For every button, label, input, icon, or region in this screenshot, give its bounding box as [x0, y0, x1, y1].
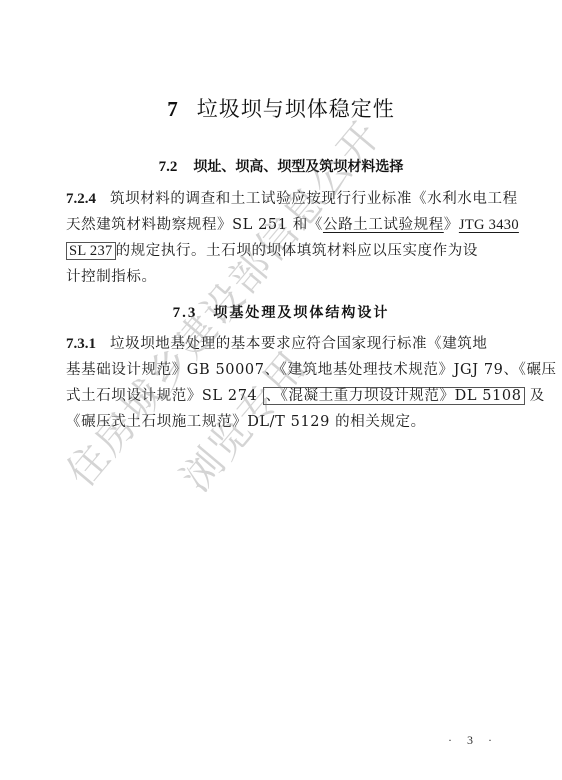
- section-heading-7-2: 7.2坝址、坝高、坝型及筑坝材料选择: [0, 156, 562, 176]
- section-title: 坝基处理及坝体结构设计: [213, 305, 389, 321]
- document-page: 7垃圾坝与坝体稳定性 7.2坝址、坝高、坝型及筑坝材料选择 7.2.4筑坝材料的…: [0, 0, 562, 780]
- chapter-title: 7垃圾坝与坝体稳定性: [0, 93, 562, 123]
- clause-text: 《碾压式土石坝施工规范》DL/T 5129 的相关规定。: [66, 414, 426, 430]
- clause-text: 及: [525, 388, 545, 404]
- boxed-standard-reference: 、《混凝土重力坝设计规范》DL 5108: [263, 387, 525, 405]
- clause-number: 7.3.1: [66, 336, 96, 352]
- clause-7-3-1: 7.3.1垃圾坝地基处理的基本要求应符合国家现行标准《建筑地 基基础设计规范》G…: [66, 331, 502, 435]
- clause-line: 《碾压式土石坝施工规范》DL/T 5129 的相关规定。: [66, 409, 502, 435]
- clause-line: 计控制指标。: [66, 264, 502, 290]
- clause-7-2-4: 7.2.4筑坝材料的调查和土工试验应按现行行业标准《水利水电工程 天然建筑材料勘…: [66, 186, 502, 290]
- clause-line: SL 237的规定执行。土石坝的坝体填筑材料应以压实度作为设: [66, 238, 502, 264]
- clause-line: 式土石坝设计规范》SL 274 、《混凝土重力坝设计规范》DL 5108 及: [66, 383, 502, 409]
- clause-line: 基基础设计规范》GB 50007、《建筑地基处理技术规范》JGJ 79、《碾压: [66, 357, 502, 383]
- clause-text: 式土石坝设计规范》SL 274: [66, 388, 263, 404]
- clause-line: 7.2.4筑坝材料的调查和土工试验应按现行行业标准《水利水电工程: [66, 186, 502, 212]
- section-title: 坝址、坝高、坝型及筑坝材料选择: [193, 159, 403, 175]
- chapter-number: 7: [167, 97, 179, 121]
- clause-text: 天然建筑材料勘察规程》SL 251 和《: [66, 217, 323, 233]
- clause-text: 垃圾坝地基处理的基本要求应符合国家现行标准《建筑地: [110, 336, 488, 352]
- underlined-standard-title: 公路土工试验规程: [323, 217, 444, 233]
- clause-text: 的规定执行。土石坝的坝体填筑材料应以压实度作为设: [116, 243, 478, 259]
- clause-text: 筑坝材料的调查和土工试验应按现行行业标准《水利水电工程: [110, 191, 518, 207]
- page-number: · 3 ·: [448, 733, 498, 748]
- chapter-title-text: 垃圾坝与坝体稳定性: [197, 97, 395, 121]
- section-number: 7.3: [173, 305, 198, 321]
- section-heading-7-3: 7.3坝基处理及坝体结构设计: [0, 302, 562, 322]
- clause-text: 基基础设计规范》GB 50007、《建筑地基处理技术规范》JGJ 79、《碾压: [66, 362, 557, 378]
- clause-text: 》: [444, 217, 459, 233]
- underlined-standard-code: JTG 3430: [459, 217, 519, 233]
- clause-number: 7.2.4: [66, 191, 96, 207]
- clause-line: 7.3.1垃圾坝地基处理的基本要求应符合国家现行标准《建筑地: [66, 331, 502, 357]
- clause-line: 天然建筑材料勘察规程》SL 251 和《公路土工试验规程》JTG 3430: [66, 212, 502, 238]
- section-number: 7.2: [159, 159, 178, 175]
- clause-text: 计控制指标。: [66, 269, 157, 285]
- boxed-standard-code: SL 237: [66, 242, 116, 260]
